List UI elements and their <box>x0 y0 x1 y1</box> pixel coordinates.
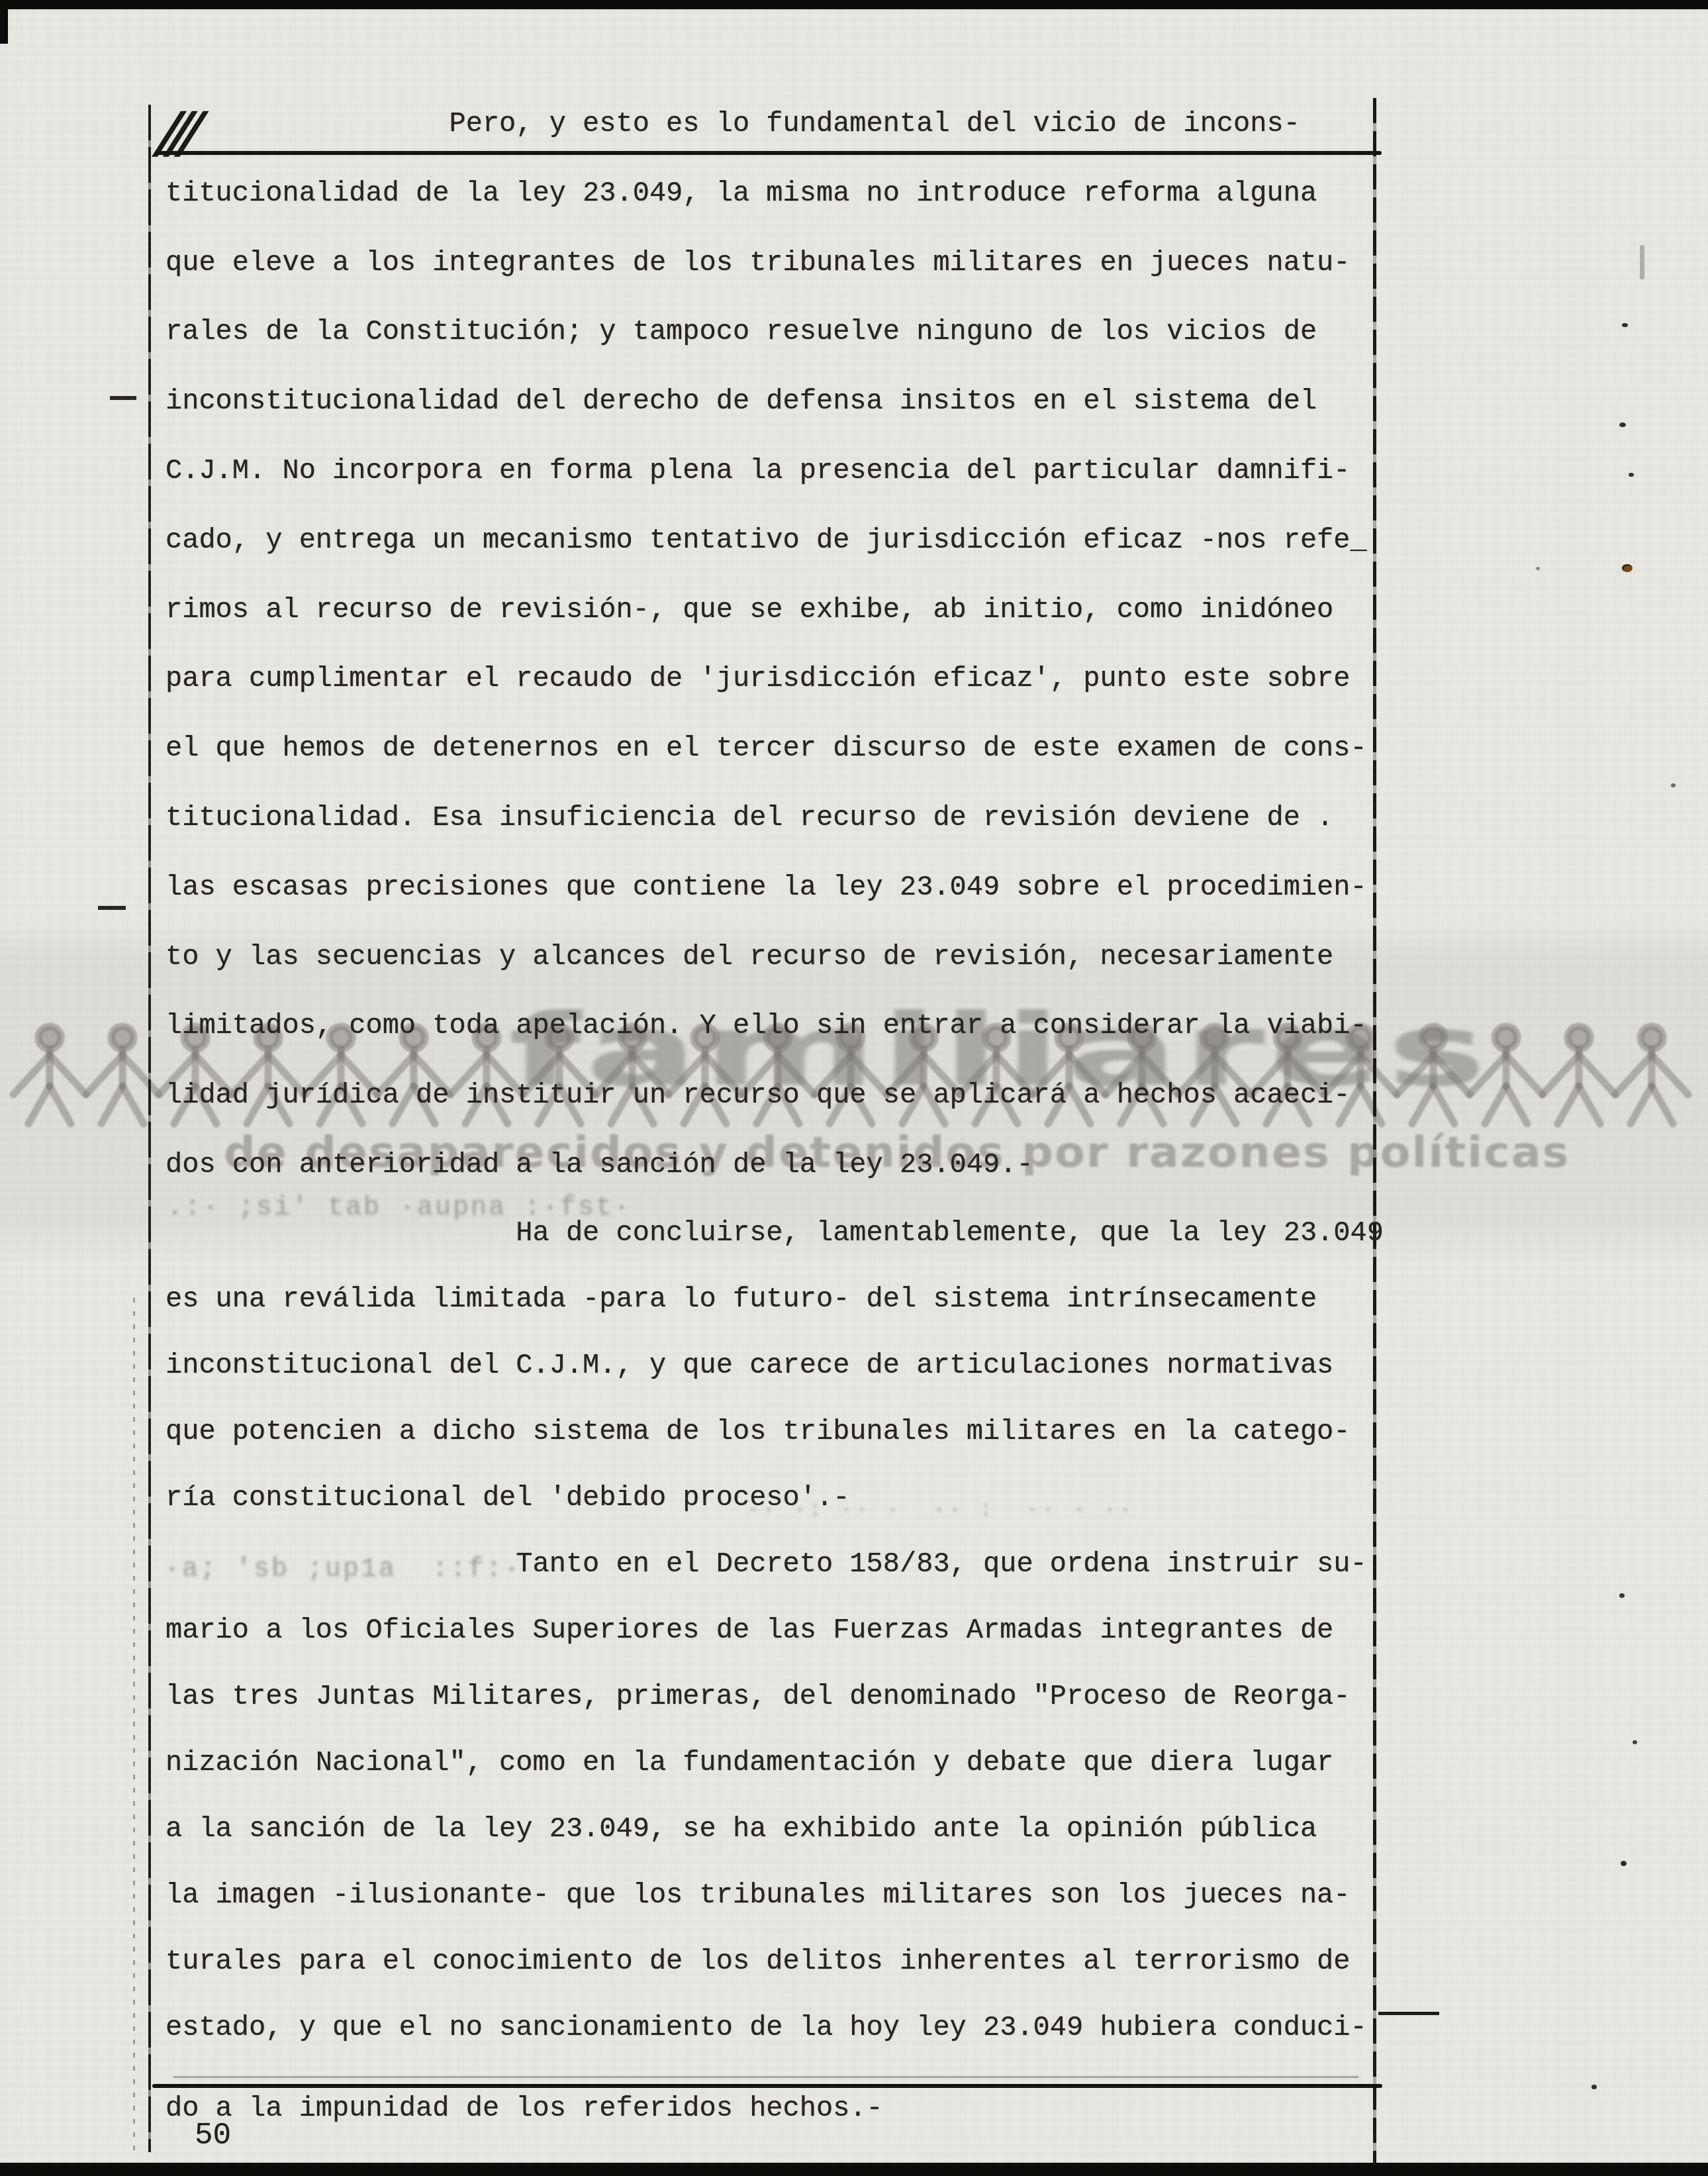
bottom-rule <box>152 2084 1382 2088</box>
ink-speck <box>1621 1861 1627 1866</box>
scan-edge-top-left <box>0 0 8 44</box>
scan-edge-bottom <box>0 2163 1708 2176</box>
right-margin-dash <box>1378 2012 1439 2015</box>
left-margin-line <box>148 105 151 2152</box>
typed-paragraph-2: Ha de concluirse, lamentablemente, que l… <box>166 1200 1397 2061</box>
ink-speck <box>1622 323 1628 327</box>
ink-speck <box>1629 473 1634 477</box>
gray-streak <box>1640 245 1644 279</box>
ink-speck <box>1671 783 1676 787</box>
rust-speck <box>1622 564 1633 572</box>
scan-edge-top <box>0 0 1708 9</box>
typed-paragraph-1: Pero, y esto es lo fundamental del vicio… <box>166 89 1397 1200</box>
ink-speck <box>1536 567 1540 570</box>
bottom-rule-shadow <box>173 2076 1358 2078</box>
ink-speck <box>1591 2085 1597 2089</box>
ghost-print-smudge: -· ·: ·· · ·· : ·· · ·· <box>747 1498 1134 1523</box>
typed-last-line: do a la impunidad de los referidos hecho… <box>166 2093 1397 2124</box>
left-margin-dotted-line <box>133 1298 135 2152</box>
ink-speck <box>1619 1593 1625 1598</box>
ghost-print-smudge: .:· ;si' tab ·aupna :·fst· <box>167 1193 632 1223</box>
page-number: 50 <box>195 2119 231 2152</box>
ink-speck <box>1619 422 1626 427</box>
ink-speck <box>1633 1740 1637 1744</box>
ghost-print-smudge: ·a; 'sb ;up1a ::f:· <box>164 1555 522 1585</box>
margin-dash-mark <box>110 396 136 400</box>
margin-dash-mark <box>98 906 126 910</box>
scanned-typewritten-page: { "page": { "margin_mark": "///", "page_… <box>0 0 1708 2176</box>
